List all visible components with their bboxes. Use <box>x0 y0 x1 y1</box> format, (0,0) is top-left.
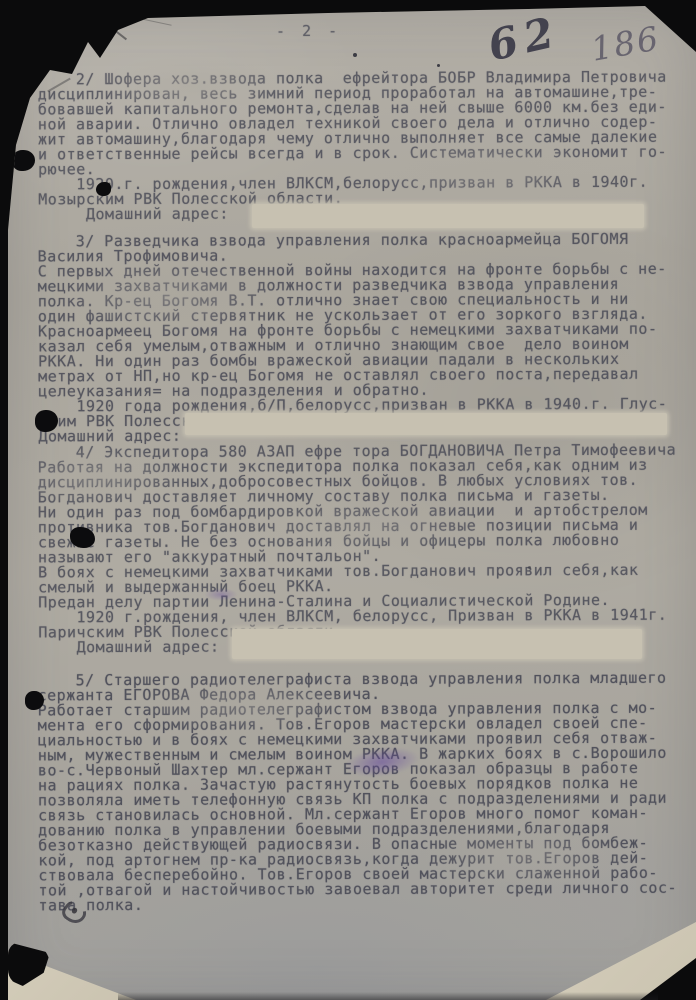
paper-speck <box>437 64 440 67</box>
typed-entry-5-radiotelegraphist-egorov: 5/ Старшего радиотелеграфиста взвода упр… <box>37 671 677 914</box>
handwritten-folio-number-dark: 62 <box>483 6 565 70</box>
typed-entry-2-driver-bobr: 2/ Шофера хоз.взвода полка ефрейтора БОБ… <box>38 70 668 223</box>
tear-crease <box>99 18 127 41</box>
redacted-address-box-entry-4 <box>232 629 642 659</box>
scan-background: - 2 - 62 186 2/ Шофера хоз.взвода полка … <box>0 0 696 1000</box>
paper-speck <box>528 566 531 569</box>
ink-blot-hole <box>70 527 95 548</box>
redacted-address-box-entry-2 <box>252 204 644 228</box>
typed-entry-4-forwarder-bogdanovich: 4/ Экспедитора 580 АЗАП ефре тора БОГДАН… <box>38 443 677 656</box>
redacted-address-box-entry-3 <box>185 413 667 435</box>
punch-hole <box>96 182 111 196</box>
scan-edge-shadow <box>118 992 658 1000</box>
tear-crease <box>126 15 171 26</box>
page-number: - 2 - <box>276 24 341 39</box>
paper-speck <box>353 53 357 57</box>
punch-hole <box>12 150 35 171</box>
handwritten-folio-number-light: 186 <box>588 18 663 68</box>
document-page: - 2 - 62 186 2/ Шофера хоз.взвода полка … <box>8 6 696 1000</box>
typed-line: тава полка. <box>38 896 677 914</box>
typed-line: и ответственные рейсы всегда и в срок. С… <box>38 145 667 163</box>
